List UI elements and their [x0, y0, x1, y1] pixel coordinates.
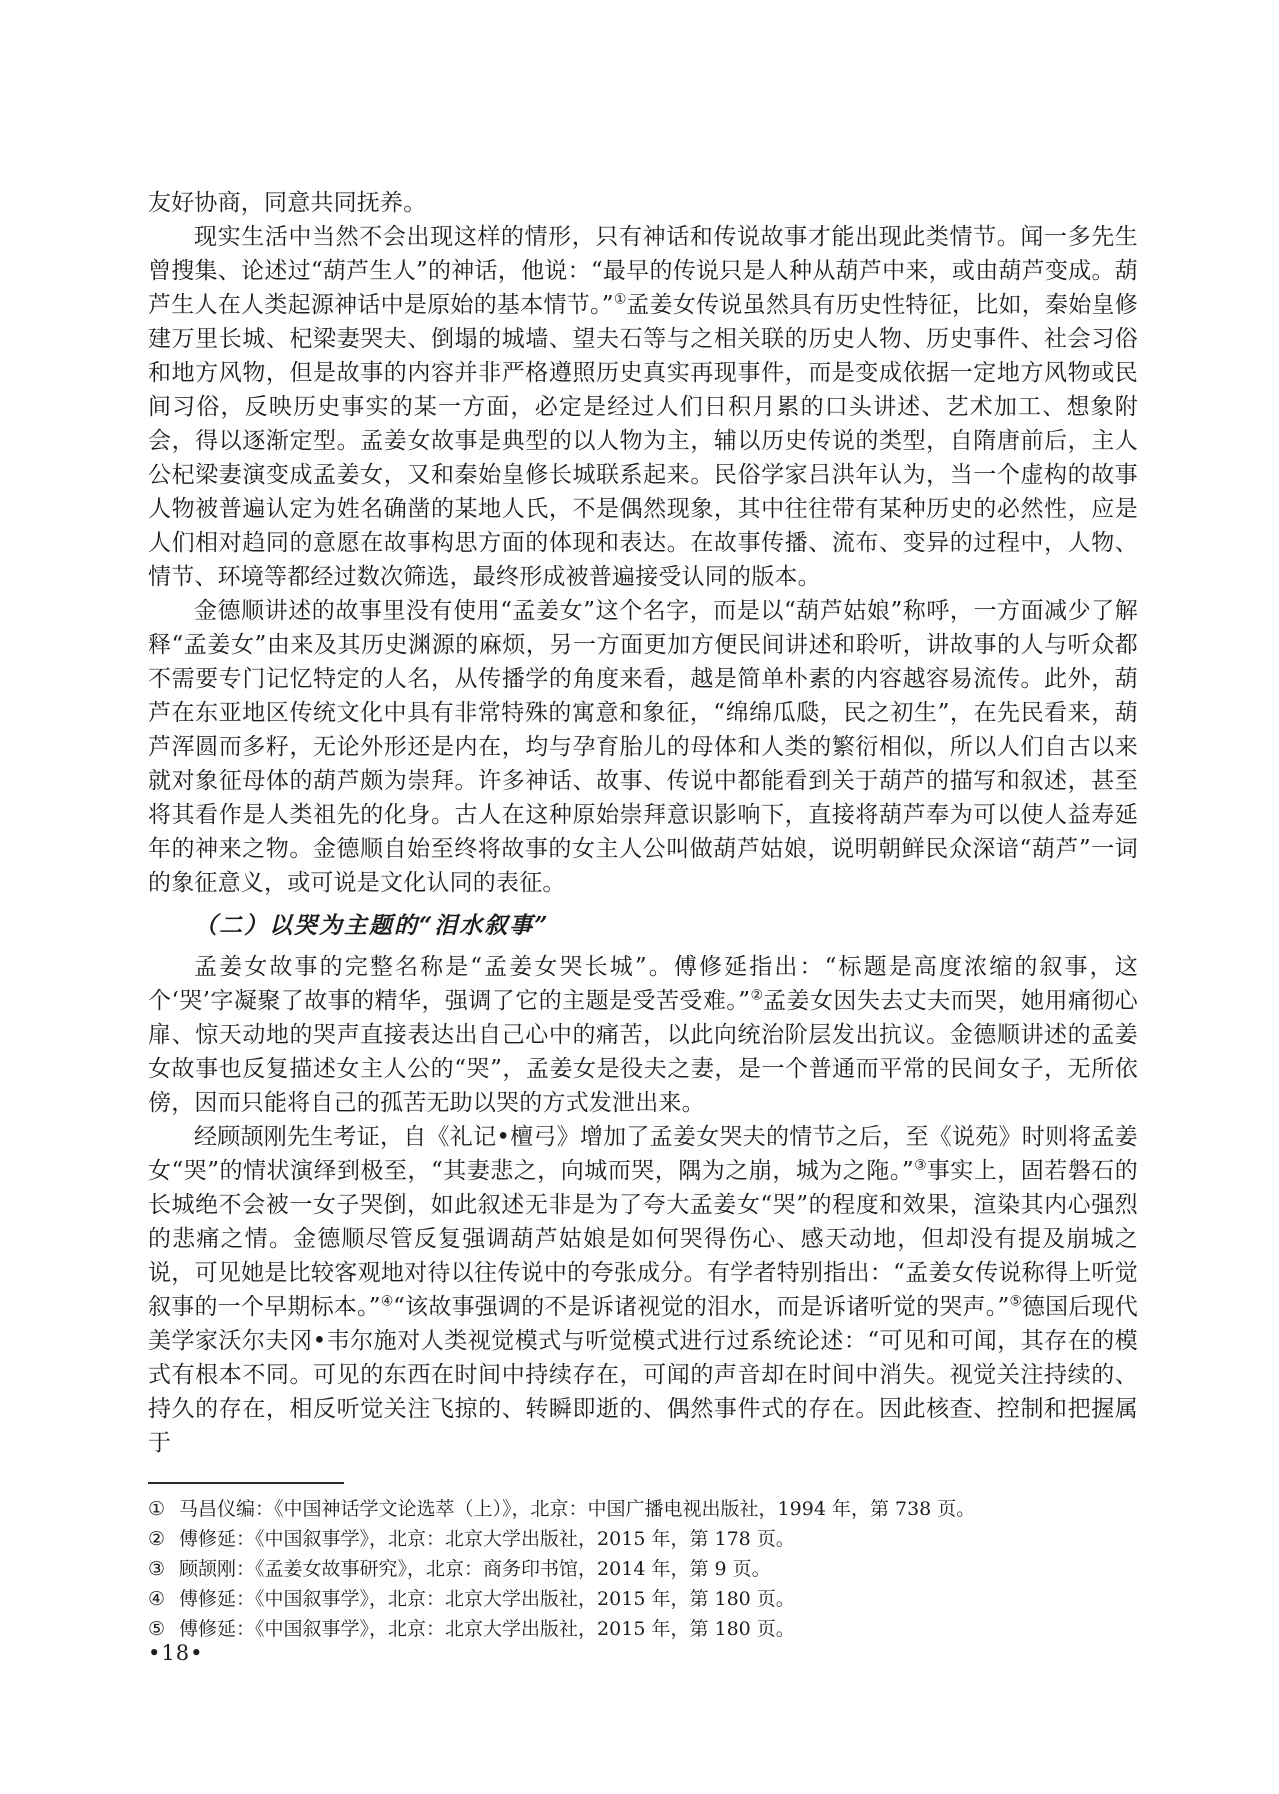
footnote-reference: ④: [381, 1293, 393, 1309]
footnote-text: 顾颉刚：《孟姜女故事研究》，北京：商务印书馆，2014 年，第 9 页。: [179, 1554, 1138, 1584]
page-number: •18•: [148, 1641, 204, 1665]
footnote-reference: ③: [914, 1157, 927, 1173]
paragraph: 经顾颉刚先生考证，自《礼记•檀弓》增加了孟姜女哭夫的情节之后，至《说苑》时则将孟…: [148, 1120, 1138, 1460]
footnote-separator: [148, 1482, 344, 1484]
footnote-text: 傅修延：《中国叙事学》，北京：北京大学出版社，2015 年，第 180 页。: [179, 1614, 1138, 1644]
footnote-marker: ④: [148, 1584, 165, 1614]
page-content: 友好协商，同意共同抚养。现实生活中当然不会出现这样的情形，只有神话和传说故事才能…: [148, 186, 1138, 1644]
footnote-marker: ①: [148, 1494, 165, 1524]
footnote-item: ⑤傅修延：《中国叙事学》，北京：北京大学出版社，2015 年，第 180 页。: [148, 1614, 1138, 1644]
paragraph: 孟姜女故事的完整名称是“孟姜女哭长城”。傅修延指出：“标题是高度浓缩的叙事，这个…: [148, 950, 1138, 1120]
footnote-reference: ⑤: [1009, 1293, 1021, 1309]
paragraph: 现实生活中当然不会出现这样的情形，只有神话和传说故事才能出现此类情节。闻一多先生…: [148, 220, 1138, 594]
document-page: 友好协商，同意共同抚养。现实生活中当然不会出现这样的情形，只有神话和传说故事才能…: [0, 0, 1279, 1794]
footnote-marker: ②: [148, 1524, 165, 1554]
footnote-text: 傅修延：《中国叙事学》，北京：北京大学出版社，2015 年，第 180 页。: [179, 1584, 1138, 1614]
section-heading: （二）以哭为主题的“泪水叙事”: [148, 909, 1138, 943]
paragraph: 友好协商，同意共同抚养。: [148, 186, 1138, 220]
footnote-marker: ③: [148, 1554, 165, 1584]
article-body: 友好协商，同意共同抚养。现实生活中当然不会出现这样的情形，只有神话和传说故事才能…: [148, 186, 1138, 1460]
footnote-reference: ①: [614, 291, 627, 307]
footnote-marker: ⑤: [148, 1614, 165, 1644]
footnote-item: ③顾颉刚：《孟姜女故事研究》，北京：商务印书馆，2014 年，第 9 页。: [148, 1554, 1138, 1584]
footnote-list: ①马昌仪编：《中国神话学文论选萃（上）》，北京：中国广播电视出版社，1994 年…: [148, 1494, 1138, 1644]
footnote-text: 傅修延：《中国叙事学》，北京：北京大学出版社，2015 年，第 178 页。: [179, 1524, 1138, 1554]
footnote-text: 马昌仪编：《中国神话学文论选萃（上）》，北京：中国广播电视出版社，1994 年，…: [179, 1494, 1138, 1524]
paragraph: 金德顺讲述的故事里没有使用“孟姜女”这个名字，而是以“葫芦姑娘”称呼，一方面减少…: [148, 594, 1138, 900]
footnote-item: ①马昌仪编：《中国神话学文论选萃（上）》，北京：中国广播电视出版社，1994 年…: [148, 1494, 1138, 1524]
footnote-item: ④傅修延：《中国叙事学》，北京：北京大学出版社，2015 年，第 180 页。: [148, 1584, 1138, 1614]
footnote-reference: ②: [750, 987, 763, 1003]
footnote-item: ②傅修延：《中国叙事学》，北京：北京大学出版社，2015 年，第 178 页。: [148, 1524, 1138, 1554]
